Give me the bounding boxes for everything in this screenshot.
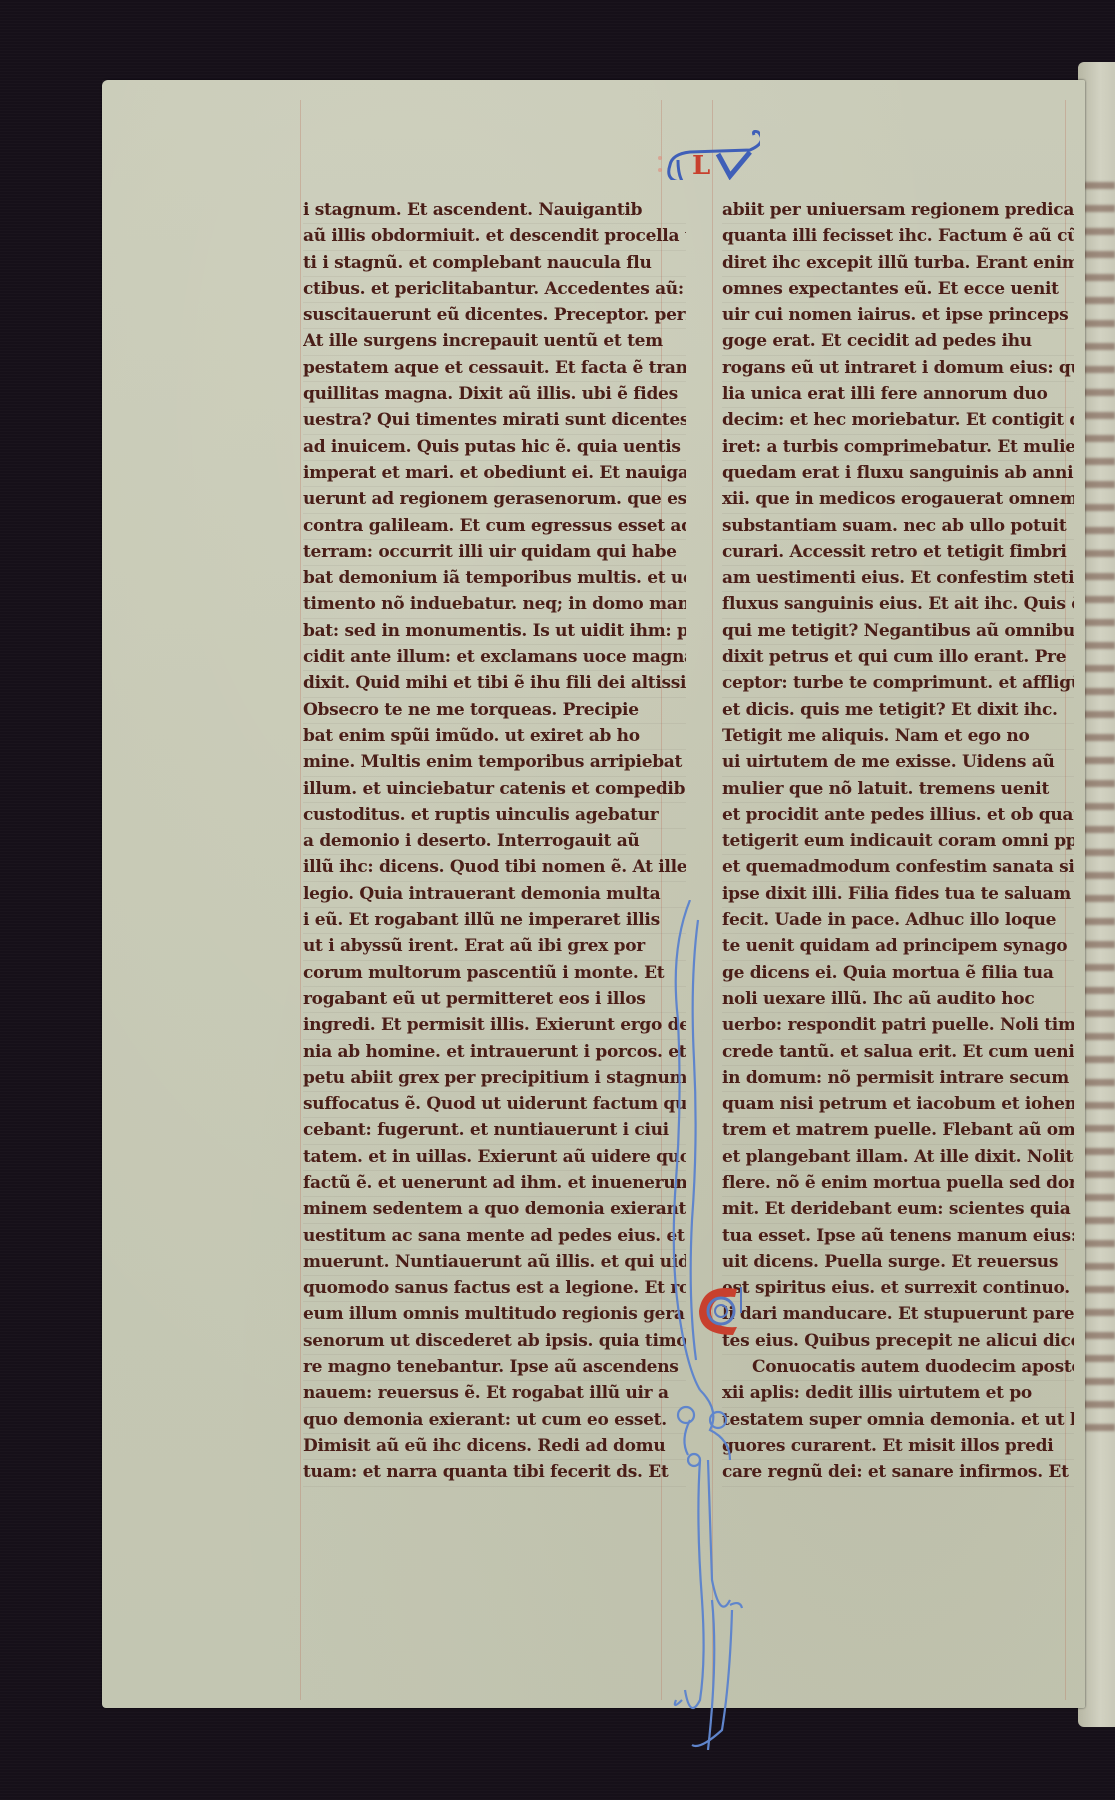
manuscript-text-line: et quemadmodum confestim sanata sit. At [722, 855, 1074, 881]
manuscript-photograph: L i stagnum. Et ascendent. Nauigantibaũ … [0, 0, 1115, 1800]
manuscript-text-line: illũ ihc: dicens. Quod tibi nomen ẽ. At … [303, 855, 686, 881]
manuscript-text-line: mine. Multis enim temporibus arripiebat [303, 750, 686, 776]
running-head-chapter-number: L [640, 130, 760, 180]
manuscript-text-line: est spiritus eius. et surrexit continuo.… [722, 1276, 1074, 1302]
manuscript-text-line: Tetigit me aliquis. Nam et ego no [722, 724, 1074, 750]
manuscript-text-line: senorum ut discederet ab ipsis. quia tim… [303, 1329, 686, 1355]
manuscript-text-line: ceptor: turbe te comprimunt. et affligũt [722, 671, 1074, 697]
manuscript-text-line: uir cui nomen iairus. et ipse princeps s… [722, 303, 1074, 329]
manuscript-text-line: timento nõ induebatur. neq; in domo mane [303, 592, 686, 618]
manuscript-text-line: ut i abyssũ irent. Erat aũ ibi grex por [303, 934, 686, 960]
manuscript-text-line: decim: et hec moriebatur. Et contigit du… [722, 408, 1074, 434]
manuscript-text-line: et plangebant illam. At ille dixit. Noli… [722, 1145, 1074, 1171]
manuscript-text-line: eum illum omnis multitudo regionis gera [303, 1302, 686, 1328]
manuscript-text-line: mit. Et deridebant eum: scientes quia mo… [722, 1197, 1074, 1223]
manuscript-text-line: curari. Accessit retro et tetigit fimbri [722, 540, 1074, 566]
manuscript-text-line: legio. Quia intrauerant demonia multa [303, 882, 686, 908]
manuscript-text-line: suscitauerunt eũ dicentes. Preceptor. pe… [303, 303, 686, 329]
manuscript-text-line: tatem. et in uillas. Exierunt aũ uidere … [303, 1145, 686, 1171]
manuscript-text-line: ctibus. et periclitabantur. Accedentes a… [303, 277, 686, 303]
manuscript-text-line: re magno tenebantur. Ipse aũ ascendens [303, 1355, 686, 1381]
text-column-right: abiit per uniuersam regionem predicansqu… [722, 198, 1074, 1487]
manuscript-text-line: quam nisi petrum et iacobum et iohem. et… [722, 1092, 1074, 1118]
margin-ruling-left [300, 100, 301, 1700]
manuscript-text-line: crede tantũ. et salua erit. Et cum uenis… [722, 1040, 1074, 1066]
manuscript-text-line: i eũ. Et rogabant illũ ne imperaret illi… [303, 908, 686, 934]
manuscript-text-line: quanta illi fecisset ihc. Factum ẽ aũ cũ… [722, 224, 1074, 250]
manuscript-text-line: cidit ante illum: et exclamans uoce magn… [303, 645, 686, 671]
manuscript-text-line: tes eius. Quibus precepit ne alicui dice… [722, 1329, 1074, 1355]
manuscript-text-line: factũ ẽ. et uenerunt ad ihm. et inueneru… [303, 1171, 686, 1197]
manuscript-text-line: uestra? Qui timentes mirati sunt dicente… [303, 408, 686, 434]
manuscript-text-line: et dicis. quis me tetigit? Et dixit ihc. [722, 698, 1074, 724]
manuscript-text-line: ipse dixit illi. Filia fides tua te salu… [722, 882, 1074, 908]
manuscript-text-line: custoditus. et ruptis uinculis agebatur [303, 803, 686, 829]
manuscript-text-line: xii. que in medicos erogauerat omnem [722, 487, 1074, 513]
decorated-initial-c [693, 1283, 745, 1338]
manuscript-text-line: a demonio i deserto. Interrogauit aũ [303, 829, 686, 855]
manuscript-text-line: pestatem aque et cessauit. Et facta ẽ tr… [303, 356, 686, 382]
manuscript-text-line: suffocatus ẽ. Quod ut uiderunt factum qu… [303, 1092, 686, 1118]
manuscript-text-line: et procidit ante pedes illius. et ob qua… [722, 803, 1074, 829]
manuscript-text-line: mulier que nõ latuit. tremens uenit [722, 777, 1074, 803]
manuscript-text-line: cebant: fugerunt. et nuntiauerunt i ciui [303, 1118, 686, 1144]
manuscript-text-line: terram: occurrit illi uir quidam qui hab… [303, 540, 686, 566]
manuscript-text-line: abiit per uniuersam regionem predicans [722, 198, 1074, 224]
manuscript-text-line: fluxus sanguinis eius. Et ait ihc. Quis … [722, 592, 1074, 618]
manuscript-text-line: guores curarent. Et misit illos predi [722, 1434, 1074, 1460]
manuscript-text-line: Dimisit aũ eũ ihc dicens. Redi ad domu [303, 1434, 686, 1460]
manuscript-text-line: bat demonium iã temporibus multis. et ue… [303, 566, 686, 592]
manuscript-text-line: imperat et mari. et obediunt ei. Et naui… [303, 461, 686, 487]
manuscript-text-line: qui me tetigit? Negantibus aũ omnibus: [722, 619, 1074, 645]
manuscript-text-line: trem et matrem puelle. Flebant aũ omnes [722, 1118, 1074, 1144]
manuscript-text-line: goge erat. Et cecidit ad pedes ihu [722, 329, 1074, 355]
manuscript-text-line: nia ab homine. et intrauerunt i porcos. … [303, 1040, 686, 1066]
manuscript-text-line: rogans eũ ut intraret i domum eius: quia… [722, 356, 1074, 382]
manuscript-text-line: tuam: et narra quanta tibi fecerit ds. E… [303, 1460, 686, 1486]
manuscript-text-line: illum. et uinciebatur catenis et compedi… [303, 777, 686, 803]
manuscript-text-line: petu abiit grex per precipitium i stagnu… [303, 1066, 686, 1092]
manuscript-text-line: iret: a turbis comprimebatur. Et mulier [722, 435, 1074, 461]
manuscript-text-line: ad inuicem. Quis putas hic ẽ. quia uenti… [303, 435, 686, 461]
running-head-red-letter: L [692, 151, 710, 180]
manuscript-text-line: uerunt ad regionem gerasenorum. que est [303, 487, 686, 513]
manuscript-text-line: quedam erat i fluxu sanguinis ab annis [722, 461, 1074, 487]
manuscript-text-line: uit dicens. Puella surge. Et reuersus [722, 1250, 1074, 1276]
manuscript-text-line: substantiam suam. nec ab ullo potuit [722, 514, 1074, 540]
manuscript-text-line: te uenit quidam ad principem synago [722, 934, 1074, 960]
manuscript-text-line: ti i stagnũ. et complebant naucula flu [303, 251, 686, 277]
manuscript-text-line: ingredi. Et permisit illis. Exierunt erg… [303, 1013, 686, 1039]
manuscript-text-line: Conuocatis autem duodecim apostolis: quo… [722, 1355, 1074, 1381]
manuscript-text-line: corum multorum pascentiũ i monte. Et [303, 961, 686, 987]
manuscript-text-line: uerbo: respondit patri puelle. Noli time… [722, 1013, 1074, 1039]
manuscript-text-line: minem sedentem a quo demonia exierant [303, 1197, 686, 1223]
manuscript-text-line: care regnũ dei: et sanare infirmos. Et [722, 1460, 1074, 1486]
manuscript-text-line: Obsecro te ne me torqueas. Precipie [303, 698, 686, 724]
manuscript-text-line: li dari manducare. Et stupuerunt pare [722, 1302, 1074, 1328]
manuscript-text-line: fecit. Uade in pace. Adhuc illo loque [722, 908, 1074, 934]
manuscript-text-line: tetigerit eum indicauit coram omni ppło [722, 829, 1074, 855]
manuscript-text-line: xii aplis: dedit illis uirtutem et po [722, 1381, 1074, 1407]
manuscript-text-line: flere. nõ ẽ enim mortua puella sed dor [722, 1171, 1074, 1197]
manuscript-text-line: At ille surgens increpauit uentũ et tem [303, 329, 686, 355]
manuscript-text-line: bat: sed in monumentis. Is ut uidit ihm:… [303, 619, 686, 645]
manuscript-text-line: omnes expectantes eũ. Et ecce uenit [722, 277, 1074, 303]
manuscript-text-line: muerunt. Nuntiauerunt aũ illis. et qui u… [303, 1250, 686, 1276]
manuscript-text-line: quillitas magna. Dixit aũ illis. ubi ẽ f… [303, 382, 686, 408]
manuscript-text-line: tua esset. Ipse aũ tenens manum eius: cl… [722, 1224, 1074, 1250]
manuscript-text-line: dixit. Quid mihi et tibi ẽ ihu fili dei … [303, 671, 686, 697]
manuscript-text-line: dixit petrus et qui cum illo erant. Pre [722, 645, 1074, 671]
manuscript-text-line: testatem super omnia demonia. et ut lan [722, 1408, 1074, 1434]
manuscript-text-line: ge dicens ei. Quia mortua ẽ filia tua [722, 961, 1074, 987]
manuscript-text-line: rogabant eũ ut permitteret eos i illos [303, 987, 686, 1013]
manuscript-text-line: ui uirtutem de me exisse. Uidens aũ [722, 750, 1074, 776]
manuscript-text-line: aũ illis obdormiuit. et descendit procel… [303, 224, 686, 250]
manuscript-text-line: in domum: nõ permisit intrare secum quem [722, 1066, 1074, 1092]
manuscript-text-line: lia unica erat illi fere annorum duo [722, 382, 1074, 408]
manuscript-text-line: contra galileam. Et cum egressus esset a… [303, 514, 686, 540]
adjacent-leaf-text [1082, 182, 1115, 1447]
manuscript-text-line: bat enim spũi imũdo. ut exiret ab ho [303, 724, 686, 750]
manuscript-text-line: am uestimenti eius. Et confestim stetit [722, 566, 1074, 592]
manuscript-text-line: nauem: reuersus ẽ. Et rogabat illũ uir a [303, 1381, 686, 1407]
manuscript-text-line: quomodo sanus factus est a legione. Et r… [303, 1276, 686, 1302]
manuscript-text-line: uestitum ac sana mente ad pedes eius. et… [303, 1224, 686, 1250]
text-column-left: i stagnum. Et ascendent. Nauigantibaũ il… [303, 198, 686, 1487]
manuscript-text-line: quo demonia exierant: ut cum eo esset. [303, 1408, 686, 1434]
manuscript-text-line: i stagnum. Et ascendent. Nauigantib [303, 198, 686, 224]
manuscript-text-line: noli uexare illũ. Ihc aũ audito hoc [722, 987, 1074, 1013]
manuscript-text-line: diret ihc excepit illũ turba. Erant enim [722, 251, 1074, 277]
